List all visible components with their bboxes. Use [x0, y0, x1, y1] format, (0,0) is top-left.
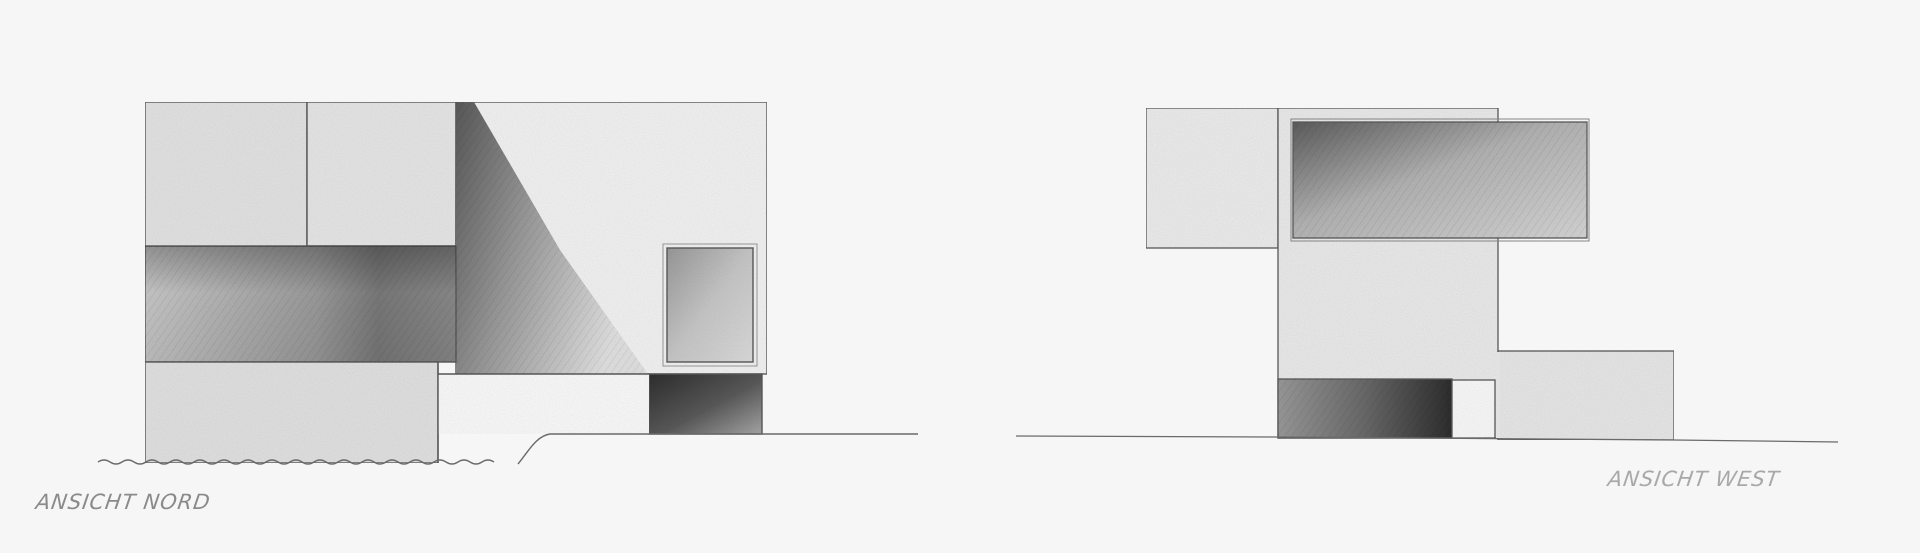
- north-recess-dark: [649, 374, 762, 434]
- west-block-left: [1146, 108, 1278, 248]
- north-void: [438, 374, 649, 434]
- west-door-opening: [1452, 380, 1495, 438]
- north-panel-top-mid: [307, 102, 456, 246]
- north-window-small: [667, 248, 753, 362]
- north-panel-top-left: [145, 102, 307, 247]
- view-label-west: ANSICHT WEST: [1606, 467, 1781, 491]
- west-elevation: [1146, 108, 1674, 440]
- north-block-lower-left: [145, 362, 438, 463]
- west-block-right-low: [1498, 351, 1674, 440]
- north-elevation: [145, 102, 767, 463]
- view-label-north: ANSICHT NORD: [34, 490, 212, 514]
